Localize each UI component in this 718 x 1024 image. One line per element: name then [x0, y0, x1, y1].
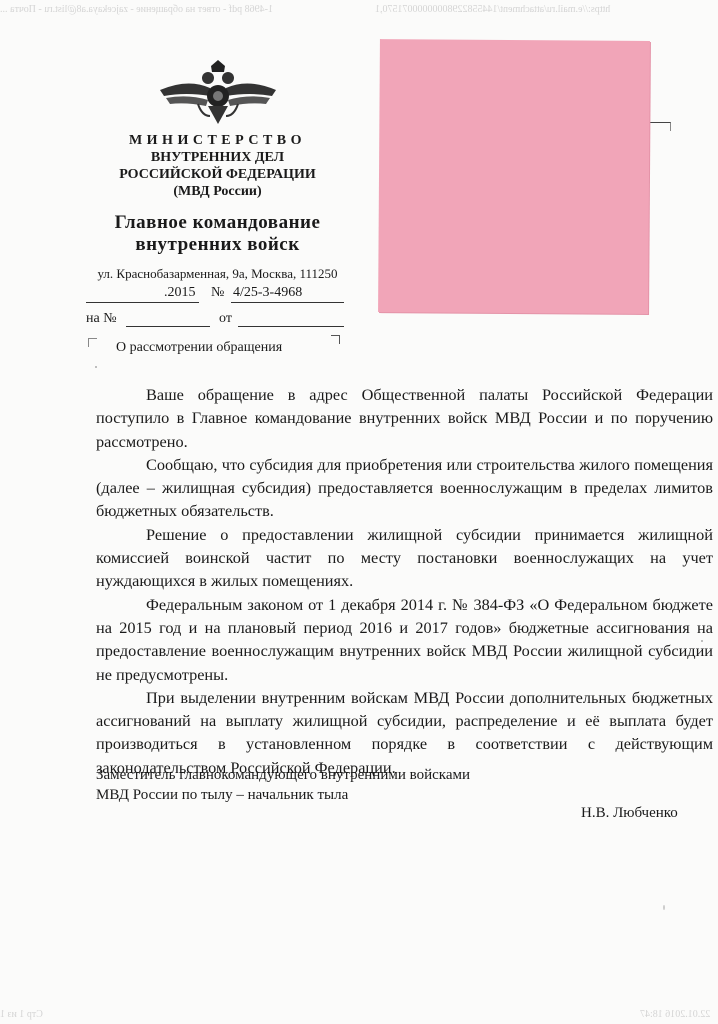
- paragraph: Решение о предоставлении жилищной субсид…: [96, 523, 713, 593]
- scan-speck: [663, 905, 665, 910]
- registration-row: .2015 № 4/25-3-4968: [86, 285, 344, 303]
- corner-mark-behind-note: [648, 122, 671, 131]
- signatory-name: Н.В. Любченко: [581, 803, 678, 823]
- date-underline: [86, 302, 199, 303]
- show-through-text-top-left: 1-4968 pdf - ответ на обращение - zajcek…: [0, 4, 273, 15]
- signatory-title-line2: МВД России по тылу – начальник тыла: [96, 785, 716, 805]
- ministry-name-line2: ВНУТРЕННИХ ДЕЛ: [85, 149, 350, 166]
- letterhead: МИНИСТЕРСТВО ВНУТРЕННИХ ДЕЛ РОССИЙСКОЙ Ф…: [85, 60, 350, 282]
- registration-date: .2015: [164, 285, 196, 301]
- subject-block: О рассмотрении обращения: [86, 335, 344, 360]
- scan-speck: [95, 366, 97, 368]
- registration-number: 4/25-3-4968: [233, 285, 302, 301]
- address: ул. Краснобазарменная, 9а, Москва, 11125…: [85, 266, 350, 282]
- registration-number-label: №: [211, 285, 224, 301]
- letter-body: Ваше обращение в адрес Общественной пала…: [96, 383, 713, 779]
- paragraph: Федеральным законом от 1 декабря 2014 г.…: [96, 593, 713, 686]
- paragraph: Ваше обращение в адрес Общественной пала…: [96, 383, 713, 453]
- ministry-name-line3: РОССИЙСКОЙ ФЕДЕРАЦИИ: [85, 166, 350, 183]
- reference-date-blank: [238, 326, 344, 327]
- number-underline: [231, 302, 344, 303]
- scan-speck: [701, 640, 703, 642]
- command-name-line1: Главное командование: [85, 212, 350, 234]
- ministry-name-line1: МИНИСТЕРСТВО: [85, 132, 350, 149]
- show-through-text-bottom-left: Стр 1 из 1: [0, 1009, 43, 1020]
- signature-block: Заместитель главнокомандующего внутренни…: [96, 765, 716, 805]
- sticky-note-redaction: [378, 39, 650, 314]
- reference-from-label: от: [219, 311, 232, 327]
- show-through-text-top-right: https://e.mail.ru/attachment/14455822980…: [375, 4, 610, 15]
- paragraph: Сообщаю, что субсидия для приобретения и…: [96, 453, 713, 523]
- command-name-line2: внутренних войск: [85, 234, 350, 256]
- show-through-text-bottom-right: 22.01.2016 18:47: [640, 1009, 710, 1020]
- eagle-emblem-icon: [158, 60, 278, 130]
- reference-number-label: на №: [86, 311, 117, 327]
- reference-number-blank: [126, 326, 210, 327]
- ministry-abbreviation: (МВД России): [85, 183, 350, 200]
- signatory-title-line1: Заместитель главнокомандующего внутренни…: [96, 765, 716, 785]
- corner-mark-left: [88, 338, 97, 347]
- corner-mark-right: [331, 335, 340, 344]
- reference-row: на № от: [86, 311, 344, 329]
- subject-line: О рассмотрении обращения: [116, 340, 282, 356]
